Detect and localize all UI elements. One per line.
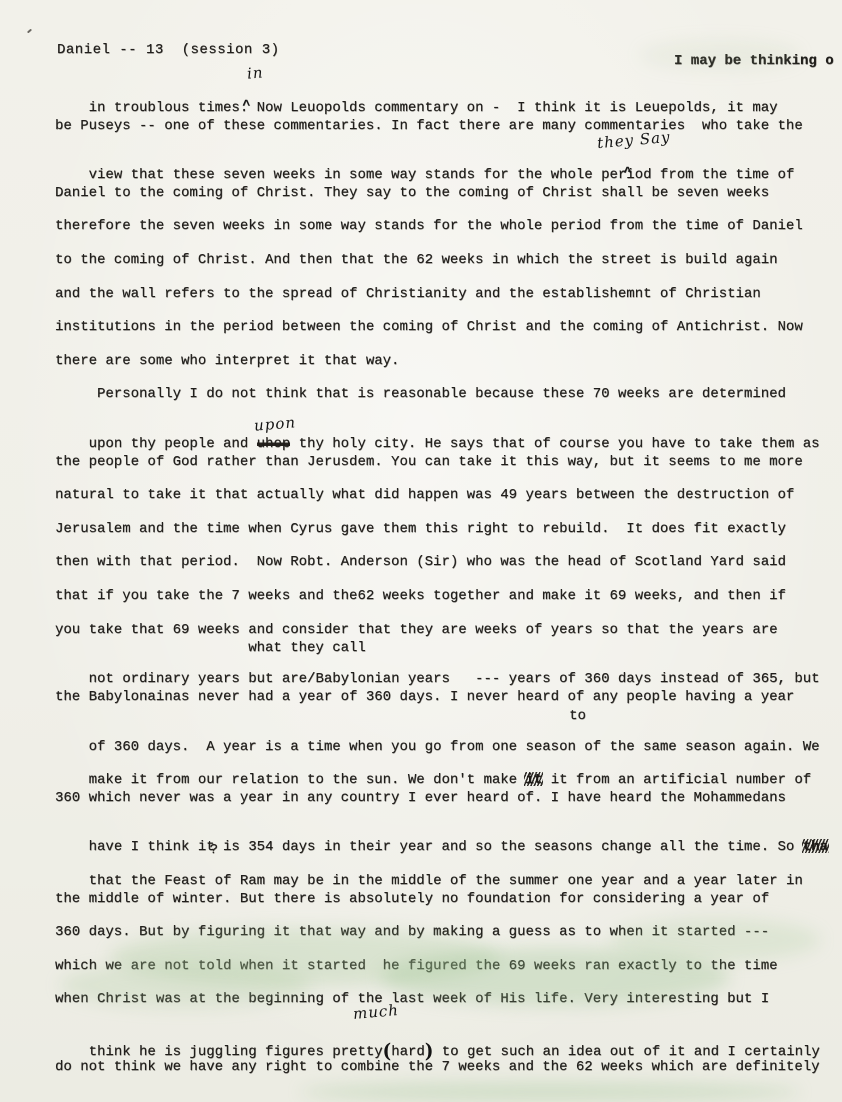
page-title: Daniel -- 13 (session 3) [57, 42, 280, 58]
line-text: the Babylonainas never had a year of 360… [55, 689, 794, 705]
line-text: Personally I do not think that is reason… [55, 386, 786, 402]
line-text: then with that period. Now Robt. Anderso… [55, 554, 786, 570]
typescript-line: you take that 69 weeks and consider that… [55, 622, 778, 642]
line-text: make it from our relation to the sun. We… [89, 772, 526, 788]
line-text: not ordinary years but are/ [89, 671, 316, 687]
line-text: may be in the middle of the summer one y… [265, 873, 803, 889]
typescript-line: institutions in the period between the c… [55, 319, 803, 339]
line-text: natural to take it that actually what di… [55, 487, 794, 503]
line-text: which we are not told when it started he… [55, 958, 778, 974]
typescript-line: 360 days. But by figuring it that way an… [55, 924, 769, 944]
line-text: when Christ was at the beginning of the … [55, 991, 769, 1007]
typed-insert: to [569, 708, 586, 724]
strikethrough-word: uhop [257, 436, 291, 452]
typescript-line: therefore the seven weeks in some way st… [55, 218, 803, 238]
handwritten-insert: upon [253, 413, 296, 435]
typescript-line: natural to take it that actually what di… [55, 487, 794, 507]
typescript-line: Daniel to the coming of Christ. They say… [55, 185, 769, 205]
line-text: to the coming of Christ. And then that t… [55, 252, 778, 268]
line-text: Daniel to the coming of Christ. They say… [55, 185, 769, 201]
typescript-line: do not think we have any right to combin… [55, 1059, 820, 1079]
question-mark-annotation: ? [210, 842, 218, 858]
line-text: Leuopolds commentary on - I think it is … [282, 100, 778, 116]
typescript-line: view that these seven weeks in some way … [55, 151, 794, 171]
line-text: the middle of winter. But there is absol… [55, 891, 769, 907]
line-text: be Puseys -- one of these commentaries. … [55, 118, 803, 134]
line-text: the people of God rather than Jerusdem. … [55, 454, 803, 470]
line-text: Jerusalem and the time when Cyrus gave t… [55, 521, 786, 537]
typescript-line: make it from our relation to the sun. We… [55, 756, 811, 776]
typescript-line: toof 360 days. A year is a time when you… [55, 723, 820, 743]
line-text: there are some who interpret it that way… [55, 353, 399, 369]
typescript-line: the people of God rather than Jerusdem. … [55, 454, 803, 474]
queried-word: Ram [240, 873, 265, 889]
typescript-line: which we are not told when it started he… [55, 958, 778, 978]
typescript-line: Jerusalem and the time when Cyrus gave t… [55, 521, 786, 541]
typescript-line: what they callnot ordinary years but are… [55, 655, 820, 675]
typescript-line: the middle of winter. But there is absol… [55, 891, 769, 911]
line-text: that the Feast of [89, 873, 240, 889]
line-text: 360 which never was a year in any countr… [55, 790, 786, 806]
line-text: in troublous times. Now [89, 100, 282, 116]
typescript-line: there are some who interpret it that way… [55, 353, 399, 373]
typescript-line: when Christ was at the beginning of the … [55, 991, 769, 1011]
handwritten-insert: in [246, 63, 264, 82]
line-text: Babylonian years --- years of 360 days i… [315, 671, 819, 687]
typescript-line: have I think it is 354 days in their yea… [55, 823, 828, 843]
insert-caret: ^ [242, 98, 250, 113]
line-text: think he is juggling figures pretty [89, 1044, 383, 1060]
handwritten-insert: much [353, 1001, 400, 1023]
line-text: you take that 69 weeks and consider that… [55, 622, 778, 638]
line-text: institutions in the period between the c… [55, 319, 803, 335]
line-text: upon thy people and [89, 436, 257, 452]
line-text: it from an artificial number of [542, 772, 811, 788]
line-text: 360 days. But by figuring it that way an… [55, 924, 769, 940]
overstruck-word: it [525, 772, 542, 788]
line-text: thy holy city. He says that of course yo… [290, 436, 819, 452]
scanned-typescript-page: Daniel -- 13 (session 3) I may be thinki… [0, 0, 842, 1102]
parenthesized-word: hard [391, 1044, 425, 1060]
typescript-line: and the wall refers to the spread of Chr… [55, 286, 761, 306]
overstruck-word: tha [803, 839, 828, 855]
line-text: from the time of [652, 167, 795, 183]
typescript-line: Personally I do not think that is reason… [55, 386, 786, 406]
line-text: have I think it is 354 days in their yea… [89, 839, 803, 855]
typescript-line: the Babylonainas never had a year of 360… [55, 689, 794, 709]
corner-annotation: I may be thinking o [674, 53, 834, 69]
typescript-line: to the coming of Christ. And then that t… [55, 252, 778, 272]
typed-insert: what they call [248, 640, 366, 656]
typescript-line: then with that period. Now Robt. Anderso… [55, 554, 786, 574]
typescript-line: muchthink he is juggling figures pretty(… [55, 1025, 820, 1045]
line-text: view that these seven weeks in some way … [89, 167, 652, 183]
line-text: the same season again. We [601, 739, 819, 755]
typescript-line: ?that the Feast of Ram may be in the mid… [55, 857, 803, 877]
line-text: do not think we have any right to combin… [55, 1059, 820, 1075]
line-text: to get such an idea out of it and I cert… [433, 1044, 819, 1060]
insert-caret: ^ [624, 165, 632, 180]
line-text: and the wall refers to the spread of Chr… [55, 286, 761, 302]
green-bleedthrough-smudge [300, 1082, 800, 1102]
typescript-line: that if you take the 7 weeks and the62 w… [55, 588, 786, 608]
line-text: therefore the seven weeks in some way st… [55, 218, 803, 234]
stray-pen-mark [27, 29, 32, 34]
line-text: of 360 days. A year is a time when you g… [89, 739, 601, 755]
line-text: that if you take the 7 weeks and the62 w… [55, 588, 786, 604]
typescript-line: upon thy people and uhopupon thy holy ci… [55, 420, 820, 440]
typescript-line: 360 which never was a year in any countr… [55, 790, 786, 810]
typescript-line: be Puseys -- one of these commentaries. … [55, 118, 803, 138]
typescript-line: in troublous times. Now^in Leuopolds com… [55, 84, 778, 104]
